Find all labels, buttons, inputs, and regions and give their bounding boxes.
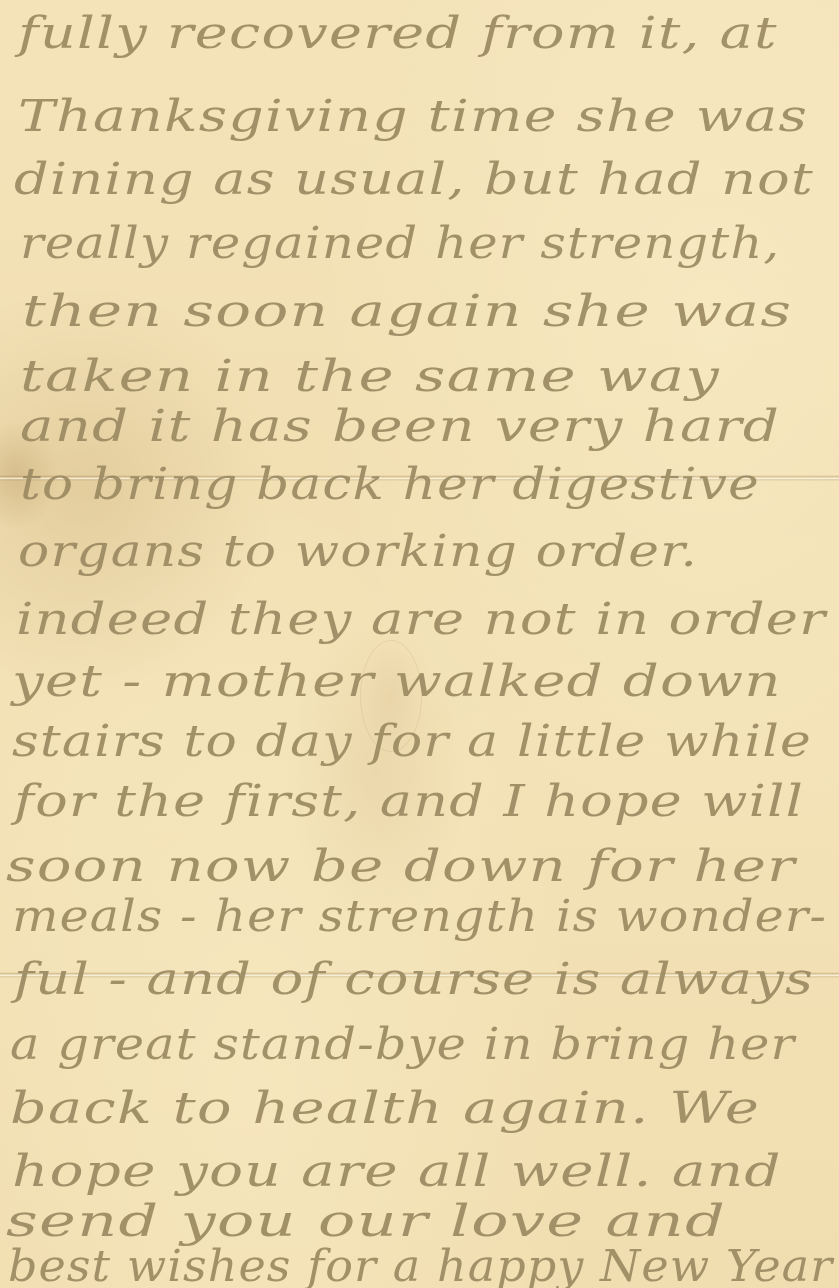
- letter-line: fully recovered from it, at: [18, 12, 778, 56]
- letter-line: a great stand-bye in bring her: [10, 1023, 795, 1067]
- letter-line: stairs to day for a little while: [12, 720, 812, 764]
- letter-line: Thanksgiving time she was: [18, 95, 808, 139]
- letter-line: for the first, and I hope will: [14, 780, 804, 824]
- letter-line: and it has been very hard: [20, 405, 780, 449]
- letter-line: to bring back her digestive: [20, 463, 760, 507]
- letter-line: hope you are all well. and: [12, 1150, 782, 1194]
- letter-line: taken in the same way: [20, 355, 720, 399]
- letter-line: dining as usual, but had not: [14, 158, 814, 202]
- letter-line: send you our love and: [6, 1200, 726, 1244]
- letter-line: back to health again. We: [10, 1087, 760, 1131]
- letter-line: soon now be down for her: [6, 845, 796, 889]
- letter-line: yet - mother walked down: [12, 660, 782, 704]
- letter-line: then soon again she was: [22, 290, 792, 334]
- letter-line: really regained her strength,: [20, 222, 780, 266]
- letter-line: organs to working order.: [18, 530, 698, 574]
- handwritten-letter-body: fully recovered from it, at Thanksgiving…: [0, 0, 839, 1288]
- letter-line: ful - and of course is always: [14, 958, 814, 1002]
- letter-line: best wishes for a happy New Year: [8, 1245, 833, 1288]
- letter-line: indeed they are not in order: [16, 598, 826, 642]
- letter-line: meals - her strength is wonder-: [12, 895, 827, 939]
